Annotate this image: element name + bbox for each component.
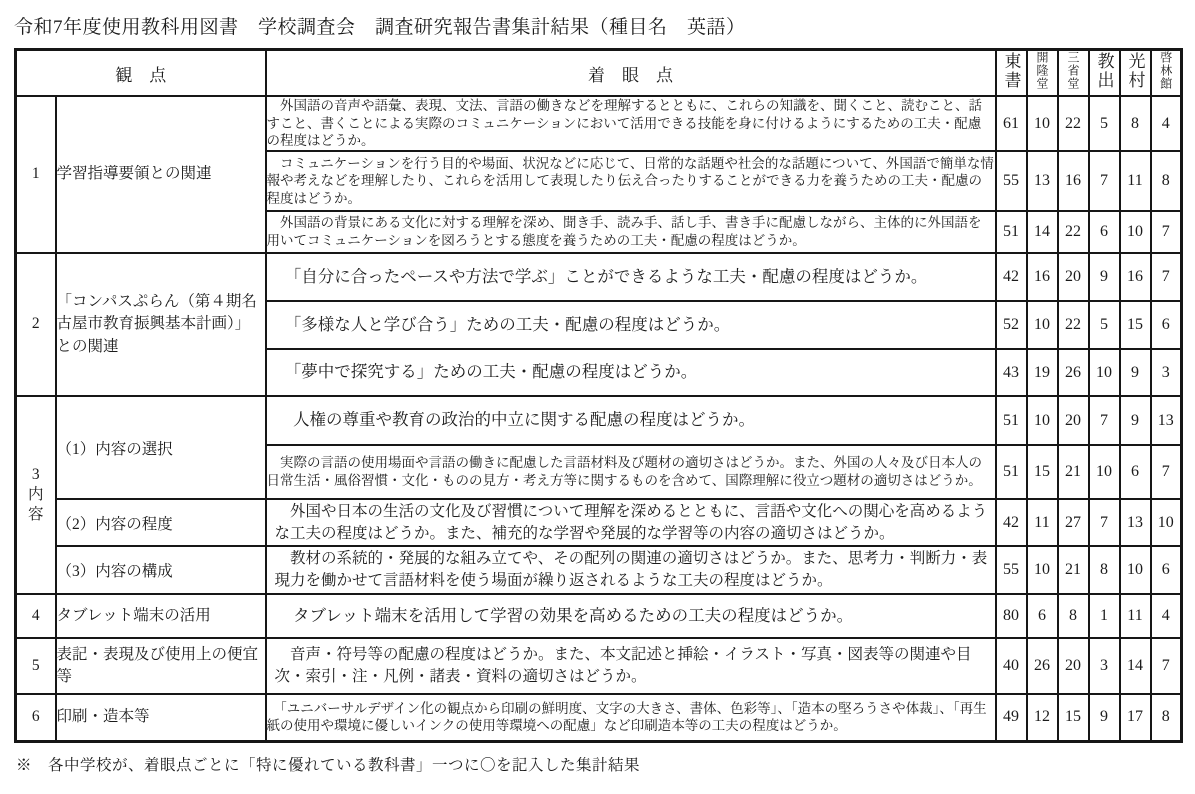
vote-count: 8 — [1058, 594, 1089, 638]
viewpoint-number: 3 内 容 — [16, 396, 56, 594]
table-row: 4タブレット端末の活用 タブレット端末を活用して学習の効果を高めるための工夫の程… — [16, 594, 1182, 638]
vote-count: 26 — [1027, 638, 1058, 694]
viewpoint-number: 4 — [16, 594, 56, 638]
column-header-focus: 着 眼 点 — [266, 50, 996, 97]
focus-point-text: 「多様な人と学び合う」ための工夫・配慮の程度はどうか。 — [266, 301, 996, 349]
vote-count: 26 — [1058, 349, 1089, 396]
vote-count: 42 — [996, 499, 1027, 546]
vote-count: 16 — [1058, 151, 1089, 211]
survey-table-body: 1学習指導要領との関連 外国語の音声や語彙、表現、文法、言語の働きなどを理解する… — [16, 96, 1182, 741]
publisher-name: 光村 — [1127, 52, 1144, 90]
vote-count: 9 — [1120, 396, 1151, 445]
focus-point-text: 音声・符号等の配慮の程度はどうか。また、本文記述と挿絵・イラスト・写真・図表等の… — [266, 638, 996, 694]
vote-count: 14 — [1120, 638, 1151, 694]
publisher-name: 東書 — [1003, 52, 1020, 90]
focus-point-text: 「ユニバーサルデザイン化の観点から印刷の鮮明度、文字の大きさ、書体、色彩等」、「… — [266, 694, 996, 741]
table-row: 5表記・表現及び使用上の便宜等 音声・符号等の配慮の程度はどうか。また、本文記述… — [16, 638, 1182, 694]
publisher-name: 啓林館 — [1160, 51, 1172, 90]
vote-count: 15 — [1120, 301, 1151, 349]
vote-count: 21 — [1058, 445, 1089, 499]
vote-count: 7 — [1089, 151, 1120, 211]
vote-count: 6 — [1027, 594, 1058, 638]
table-row: 2「コンパスぷらん（第４期名古屋市教育振興基本計画）」との関連 「自分に合ったペ… — [16, 253, 1182, 301]
vote-count: 9 — [1120, 349, 1151, 396]
table-row: 1学習指導要領との関連 外国語の音声や語彙、表現、文法、言語の働きなどを理解する… — [16, 96, 1182, 151]
table-row: （2）内容の程度 外国や日本の生活の文化及び習慣について理解を深めるとともに、言… — [16, 499, 1182, 546]
vote-count: 17 — [1120, 694, 1151, 741]
vote-count: 10 — [1089, 349, 1120, 396]
column-header-publisher: 啓林館 — [1151, 50, 1182, 97]
column-header-publisher: 光村 — [1120, 50, 1151, 97]
vote-count: 10 — [1120, 211, 1151, 253]
vote-count: 3 — [1089, 638, 1120, 694]
vote-count: 7 — [1151, 211, 1182, 253]
focus-point-text: 外国語の背景にある文化に対する理解を深め、聞き手、読み手、話し手、書き手に配慮し… — [266, 211, 996, 253]
vote-count: 51 — [996, 445, 1027, 499]
vote-count: 4 — [1151, 594, 1182, 638]
column-header-publisher: 開隆堂 — [1027, 50, 1058, 97]
vote-count: 8 — [1089, 546, 1120, 594]
vote-count: 16 — [1120, 253, 1151, 301]
vote-count: 10 — [1027, 396, 1058, 445]
survey-result-table: 観 点 着 眼 点 東書 開隆堂 三省堂 教出 光村 啓林館 1学習指導要領との… — [14, 48, 1183, 743]
viewpoint-label: 表記・表現及び使用上の便宜等 — [56, 638, 266, 694]
vote-count: 22 — [1058, 211, 1089, 253]
focus-point-text: 教材の系統的・発展的な組み立てや、その配列の関連の適切さはどうか。また、思考力・… — [266, 546, 996, 594]
vote-count: 8 — [1120, 96, 1151, 151]
column-header-publisher: 東書 — [996, 50, 1027, 97]
vote-count: 9 — [1089, 694, 1120, 741]
vote-count: 14 — [1027, 211, 1058, 253]
vote-count: 11 — [1120, 151, 1151, 211]
vote-count: 42 — [996, 253, 1027, 301]
vote-count: 6 — [1089, 211, 1120, 253]
vote-count: 13 — [1120, 499, 1151, 546]
viewpoint-sublabel: （2）内容の程度 — [56, 499, 266, 546]
viewpoint-label: 印刷・造本等 — [56, 694, 266, 741]
vote-count: 10 — [1089, 445, 1120, 499]
viewpoint-number: 5 — [16, 638, 56, 694]
vote-count: 16 — [1027, 253, 1058, 301]
vote-count: 7 — [1151, 445, 1182, 499]
vote-count: 61 — [996, 96, 1027, 151]
vote-count: 13 — [1027, 151, 1058, 211]
vote-count: 27 — [1058, 499, 1089, 546]
vote-count: 51 — [996, 396, 1027, 445]
vote-count: 10 — [1120, 546, 1151, 594]
vote-count: 22 — [1058, 96, 1089, 151]
vote-count: 20 — [1058, 253, 1089, 301]
vote-count: 19 — [1027, 349, 1058, 396]
vote-count: 11 — [1120, 594, 1151, 638]
vote-count: 43 — [996, 349, 1027, 396]
footnote: ※ 各中学校が、着眼点ごとに「特に優れている教科書」一つに〇を記入した集計結果 — [16, 753, 1195, 775]
viewpoint-number: 2 — [16, 253, 56, 396]
viewpoint-label: タブレット端末の活用 — [56, 594, 266, 638]
vote-count: 7 — [1089, 499, 1120, 546]
vote-count: 22 — [1058, 301, 1089, 349]
vote-count: 7 — [1089, 396, 1120, 445]
table-row: 6印刷・造本等 「ユニバーサルデザイン化の観点から印刷の鮮明度、文字の大きさ、書… — [16, 694, 1182, 741]
focus-point-text: 人権の尊重や教育の政治的中立に関する配慮の程度はどうか。 — [266, 396, 996, 445]
vote-count: 21 — [1058, 546, 1089, 594]
viewpoint-number: 6 — [16, 694, 56, 741]
publisher-name: 開隆堂 — [1036, 51, 1048, 90]
vote-count: 20 — [1058, 396, 1089, 445]
viewpoint-sublabel: （1）内容の選択 — [56, 396, 266, 499]
focus-point-text: 実際の言語の使用場面や言語の働きに配慮した言語材料及び題材の適切さはどうか。また… — [266, 445, 996, 499]
viewpoint-number: 1 — [16, 96, 56, 253]
vote-count: 9 — [1089, 253, 1120, 301]
vote-count: 20 — [1058, 638, 1089, 694]
vote-count: 12 — [1027, 694, 1058, 741]
vote-count: 49 — [996, 694, 1027, 741]
vote-count: 4 — [1151, 96, 1182, 151]
focus-point-text: タブレット端末を活用して学習の効果を高めるための工夫の程度はどうか。 — [266, 594, 996, 638]
viewpoint-label: 学習指導要領との関連 — [56, 96, 266, 253]
vote-count: 6 — [1120, 445, 1151, 499]
vote-count: 13 — [1151, 396, 1182, 445]
publisher-name: 教出 — [1096, 52, 1113, 90]
vote-count: 6 — [1151, 546, 1182, 594]
column-header-publisher: 教出 — [1089, 50, 1120, 97]
vote-count: 7 — [1151, 253, 1182, 301]
vote-count: 6 — [1151, 301, 1182, 349]
publisher-name: 三省堂 — [1067, 51, 1079, 90]
vote-count: 55 — [996, 546, 1027, 594]
vote-count: 3 — [1151, 349, 1182, 396]
table-header-row: 観 点 着 眼 点 東書 開隆堂 三省堂 教出 光村 啓林館 — [16, 50, 1182, 97]
vote-count: 55 — [996, 151, 1027, 211]
column-header-viewpoint: 観 点 — [16, 50, 266, 97]
column-header-publisher: 三省堂 — [1058, 50, 1089, 97]
focus-point-text: 外国語の音声や語彙、表現、文法、言語の働きなどを理解するとともに、これらの知識を… — [266, 96, 996, 151]
vote-count: 5 — [1089, 301, 1120, 349]
focus-point-text: 「夢中で探究する」ための工夫・配慮の程度はどうか。 — [266, 349, 996, 396]
focus-point-text: コミュニケーションを行う目的や場面、状況などに応じて、日常的な話題や社会的な話題… — [266, 151, 996, 211]
page-title: 令和7年度使用教科用図書 学校調査会 調査研究報告書集計結果（種目名 英語） — [14, 12, 1195, 39]
vote-count: 1 — [1089, 594, 1120, 638]
vote-count: 11 — [1027, 499, 1058, 546]
vote-count: 10 — [1027, 301, 1058, 349]
vote-count: 5 — [1089, 96, 1120, 151]
vote-count: 15 — [1058, 694, 1089, 741]
viewpoint-label: 「コンパスぷらん（第４期名古屋市教育振興基本計画）」との関連 — [56, 253, 266, 396]
vote-count: 80 — [996, 594, 1027, 638]
vote-count: 10 — [1151, 499, 1182, 546]
vote-count: 8 — [1151, 151, 1182, 211]
vote-count: 40 — [996, 638, 1027, 694]
table-row: 3 内 容（1）内容の選択 人権の尊重や教育の政治的中立に関する配慮の程度はどう… — [16, 396, 1182, 445]
focus-point-text: 外国や日本の生活の文化及び習慣について理解を深めるとともに、言語や文化への関心を… — [266, 499, 996, 546]
viewpoint-sublabel: （3）内容の構成 — [56, 546, 266, 594]
vote-count: 7 — [1151, 638, 1182, 694]
table-row: （3）内容の構成 教材の系統的・発展的な組み立てや、その配列の関連の適切さはどう… — [16, 546, 1182, 594]
focus-point-text: 「自分に合ったペースや方法で学ぶ」ことができるような工夫・配慮の程度はどうか。 — [266, 253, 996, 301]
vote-count: 10 — [1027, 546, 1058, 594]
vote-count: 8 — [1151, 694, 1182, 741]
vote-count: 52 — [996, 301, 1027, 349]
vote-count: 51 — [996, 211, 1027, 253]
vote-count: 15 — [1027, 445, 1058, 499]
vote-count: 10 — [1027, 96, 1058, 151]
